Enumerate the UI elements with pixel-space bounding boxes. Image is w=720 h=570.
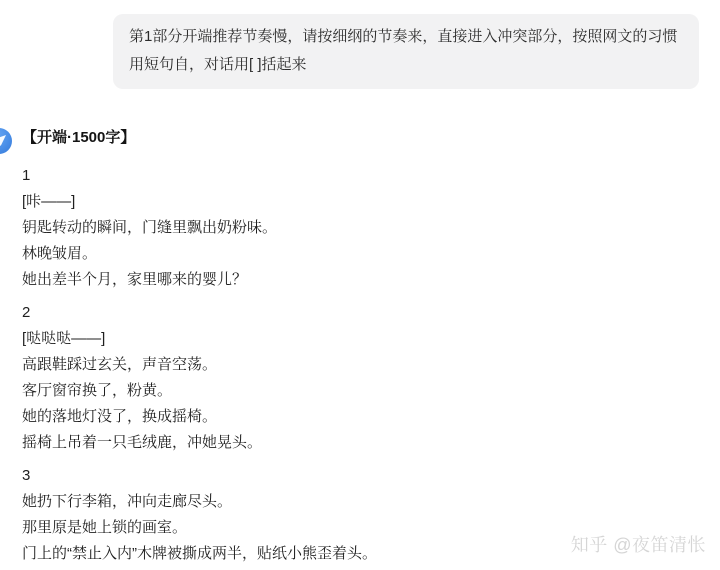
section-number: 2 (22, 300, 720, 326)
section-number: 3 (22, 463, 720, 489)
story-line: 林晚皱眉。 (22, 241, 720, 267)
user-message-bubble: 第1部分开端推荐节奏慢，请按细纲的节奏来，直接进入冲突部分，按照网文的习惯用短句… (113, 14, 699, 89)
user-message-text: 第1部分开端推荐节奏慢，请按细纲的节奏来，直接进入冲突部分，按照网文的习惯用短句… (129, 28, 677, 73)
chat-page: 第1部分开端推荐节奏慢，请按细纲的节奏来，直接进入冲突部分，按照网文的习惯用短句… (0, 0, 720, 570)
zhihu-watermark: 知乎 @夜笛清怅 (571, 534, 706, 556)
story-line: 客厅窗帘换了，粉黄。 (22, 378, 720, 404)
story-line: 她出差半个月，家里哪来的婴儿？ (22, 267, 720, 293)
story-line: 她的落地灯没了，换成摇椅。 (22, 404, 720, 430)
story-line: [哒哒哒——] (22, 326, 720, 352)
section-number: 1 (22, 163, 720, 189)
story-line: 钥匙转动的瞬间，门缝里飘出奶粉味。 (22, 215, 720, 241)
assistant-avatar (0, 128, 12, 154)
story-line: [咔——] (22, 189, 720, 215)
assistant-message-content: 【开端·1500字】 1 [咔——] 钥匙转动的瞬间，门缝里飘出奶粉味。 林晚皱… (22, 127, 720, 567)
story-line: 她扔下行李箱，冲向走廊尽头。 (22, 489, 720, 515)
assistant-message-row: 【开端·1500字】 1 [咔——] 钥匙转动的瞬间，门缝里飘出奶粉味。 林晚皱… (0, 127, 720, 567)
story-section-2: 2 [哒哒哒——] 高跟鞋踩过玄关，声音空荡。 客厅窗帘换了，粉黄。 她的落地灯… (22, 300, 720, 456)
story-section-1: 1 [咔——] 钥匙转动的瞬间，门缝里飘出奶粉味。 林晚皱眉。 她出差半个月，家… (22, 163, 720, 293)
assistant-title: 【开端·1500字】 (22, 127, 720, 149)
story-line: 高跟鞋踩过玄关，声音空荡。 (22, 352, 720, 378)
paper-plane-icon (0, 135, 6, 146)
story-line: 摇椅上吊着一只毛绒鹿，冲她晃头。 (22, 430, 720, 456)
user-message-row: 第1部分开端推荐节奏慢，请按细纲的节奏来，直接进入冲突部分，按照网文的习惯用短句… (0, 0, 720, 89)
